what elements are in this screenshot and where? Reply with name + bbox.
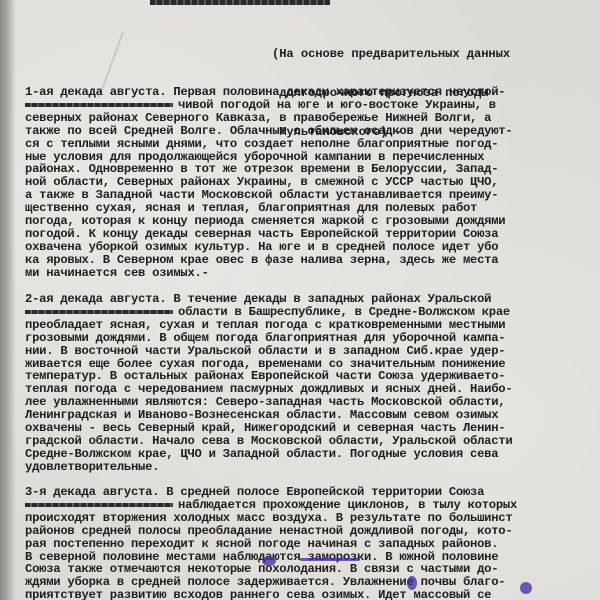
text-line: грозовыми дождями. В общем погода благоп…: [25, 332, 590, 345]
text-line: 1-ая декада августа. Первая половина дек…: [25, 86, 590, 99]
struck-out-text: [25, 503, 173, 507]
section-heading: 1-ая декада августа.: [25, 86, 166, 99]
text-line: лее увлажненными являются: Северо-западн…: [25, 396, 590, 409]
text-line: ные условия для продолжающейся уборочной…: [25, 151, 590, 164]
text-line: щественно сухая, ясная и теплая, благопр…: [25, 202, 590, 215]
text-line: Союза также отмечаются некоторые похолод…: [25, 563, 590, 576]
section-decade-1: 1-ая декада августа. Первая половина дек…: [25, 86, 590, 280]
header-note-line: (На основе предварительных данных: [272, 48, 510, 61]
text-line: теплая погода с чередованием пасмурных д…: [25, 383, 590, 396]
scanned-document-page: (На основе предварительных данных долгос…: [0, 0, 600, 600]
line-text: наблюдается прохождение циклонов, в тылу…: [178, 499, 517, 512]
section-heading: 2-ая декада августа.: [25, 293, 166, 306]
text-line: ка яровых. В Северном крае овес в фазе н…: [25, 254, 590, 267]
text-line: погодой. К концу декады северная часть Е…: [25, 228, 590, 241]
ink-blot: [407, 576, 417, 590]
text-line: преобладает ясная, сухая и теплая погода…: [25, 319, 590, 332]
text-line: температур. В остальных районах Европейс…: [25, 370, 590, 383]
section-decade-3: 3-я декада августа. В средней полосе Евр…: [25, 486, 590, 600]
text-line: ной области, Северных районах Украины, в…: [25, 176, 590, 189]
text-line: чивой погодой на юге и юго-востоке Украи…: [25, 99, 590, 112]
line-text: чивой погодой на юге и юго-востоке Украи…: [178, 99, 496, 112]
text-line: приятствует развитию всходов раннего сев…: [25, 589, 590, 600]
text-line: Средне-Волжском крае, ЦЧО и Западной обл…: [25, 448, 590, 461]
text-line: рая постепенно переходит к ясной погоде …: [25, 538, 590, 551]
text-line: а также в Западной части Московской обла…: [25, 189, 590, 202]
line-text: Первая половина декады характеризуется н…: [166, 86, 505, 99]
text-line: удовлетворительные.: [25, 461, 590, 474]
text-line: ся с теплыми ясными днями, что создает н…: [25, 138, 590, 151]
line-text: В течение декады в западных районах Урал…: [166, 293, 491, 306]
text-line: В северной половине местами наблюдаются …: [25, 551, 590, 564]
text-line: 3-я декада августа. В средней полосе Евр…: [25, 486, 590, 499]
text-line: ждями уборка в средней полосе задерживае…: [25, 576, 590, 589]
text-line: области в Башреспублике, в Средне-Волжск…: [25, 306, 590, 319]
struck-out-line: [150, 0, 330, 5]
section-heading: 3-я декада августа.: [25, 486, 159, 499]
text-line: живается еще более сухая погода, времена…: [25, 358, 590, 371]
text-line: также по всей Средней Волге. Облачные с …: [25, 125, 590, 138]
text-line: нии. В восточной части Уральской области…: [25, 345, 590, 358]
text-line: ми начинается сев озимых.-: [25, 267, 590, 280]
struck-out-text: [25, 103, 173, 107]
text-line: районах. Одновременно в тот же отрезок в…: [25, 163, 590, 176]
line-text: В средней полосе Европейской территории …: [159, 486, 484, 499]
text-line: охвачена уборкой озимых культур. На юге …: [25, 241, 590, 254]
text-line: Ленинградская и Иваново-Вознесенская обл…: [25, 409, 590, 422]
scan-binding-shadow: [0, 0, 16, 600]
text-line: северных районах Северного Кавказа, в пр…: [25, 112, 590, 125]
text-line: районов средней полосы преобладание нена…: [25, 525, 590, 538]
ink-blot: [262, 556, 276, 566]
text-line: происходят вторжения холодных масс возду…: [25, 512, 590, 525]
section-decade-2: 2-ая декада августа. В течение декады в …: [25, 293, 590, 474]
text-line: 2-ая декада августа. В течение декады в …: [25, 293, 590, 306]
text-line: охвачены - весь Северный край, Нижегород…: [25, 422, 590, 435]
text-line: градской области. Начало сева в Московск…: [25, 435, 590, 448]
line-text: области в Башреспублике, в Средне-Волжск…: [178, 306, 510, 319]
ink-strike-mark: [300, 558, 360, 561]
struck-out-text: [25, 310, 173, 314]
text-line: погода, которая к концу периода сменяетс…: [25, 215, 590, 228]
text-line: наблюдается прохождение циклонов, в тылу…: [25, 499, 590, 512]
ink-blot: [520, 582, 532, 594]
